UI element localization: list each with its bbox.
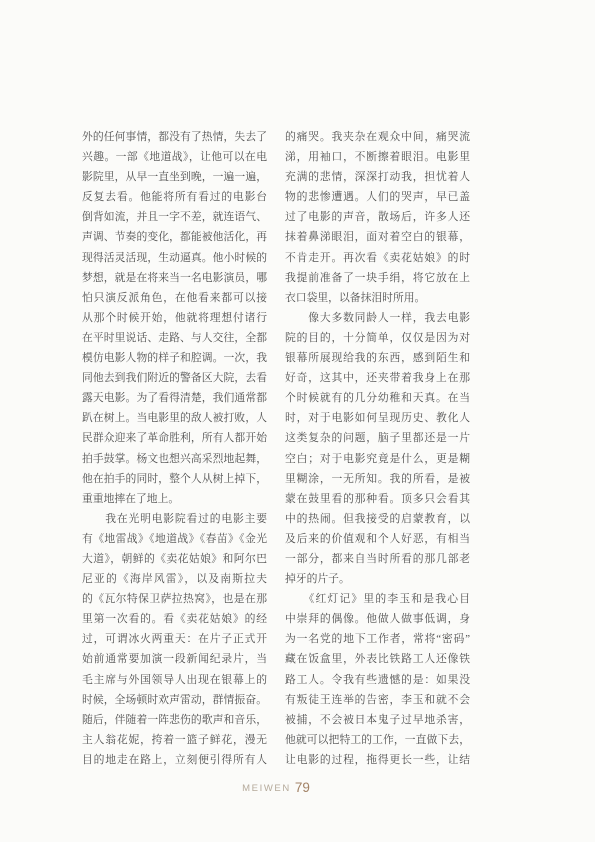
- text-line: 的《瓦尔特保卫萨拉热窝》，也是在那: [82, 589, 267, 609]
- text-line: 及后来的价值观和个人好恶，有相当: [285, 529, 470, 549]
- text-line: 充满的悲情，深深打动我，担忧着人: [285, 167, 470, 187]
- magazine-page: 外的任何事情，都没有了热情，失去了兴趣。一部《地道战》，让他可以在电影院里，从早…: [0, 0, 595, 842]
- text-line: 空白；对于电影究竟是什么，更是糊: [285, 449, 470, 469]
- text-line: 的痛哭。我夹杂在观众中间，痛哭流: [285, 127, 470, 147]
- text-line: 银幕所展现给我的东西，感到陌生和: [285, 348, 470, 368]
- text-line: 露天电影。为了看得清楚，我们通常都: [82, 388, 267, 408]
- text-line: 影院里，从早一直坐到晚，一遍一遍，: [82, 167, 267, 187]
- text-line: 兴趣。一部《地道战》，让他可以在电: [82, 147, 267, 167]
- text-line: 尼亚的《海岸风雷》，以及南斯拉夫: [82, 569, 267, 589]
- text-line: 为一名党的地下工作者，常将“密码”: [285, 629, 470, 649]
- text-line: 时候，全场顿时欢声雷动，群情振奋。: [82, 690, 267, 710]
- text-line: 从那个时候开始，他就将理想付诸行动，: [82, 308, 267, 328]
- text-line: 主人翁花妮，挎着一篮子鲜花，漫无: [82, 730, 267, 750]
- text-line: 涕，用袖口，不断擦着眼泪。电影里: [285, 147, 470, 167]
- text-line: 在平时里说话、走路、与人交往，全都: [82, 328, 267, 348]
- text-line: 随后，伴随着一阵悲伤的歌声和音乐，: [82, 710, 267, 730]
- text-line: 过，可谓冰火两重天：在片子正式开: [82, 629, 267, 649]
- text-line: 物的悲惨遭遇。人们的哭声，早已盖: [285, 187, 470, 207]
- text-line: 模仿电影人物的样子和腔调。一次，我: [82, 348, 267, 368]
- text-line: 被捕，不会被日本鬼子过早地杀害，: [285, 710, 470, 730]
- text-line: 不肯走开。再次看《卖花姑娘》的时候，: [285, 248, 470, 268]
- text-line: 怕只演反派角色，在他看来都可以接受。: [82, 288, 267, 308]
- text-line: 梦想，就是在将来当一名电影演员，哪: [82, 268, 267, 288]
- text-line: 重重地摔在了地上。: [82, 489, 267, 509]
- text-line: 过了电影的声音，散场后，许多人还: [285, 207, 470, 227]
- right-text-column: 的痛哭。我夹杂在观众中间，痛哭流涕，用袖口，不断擦着眼泪。电影里充满的悲情，深深…: [285, 127, 470, 770]
- text-line: 反复去看。他能将所有看过的电影台词，: [82, 187, 267, 207]
- text-line: 同他去到我们附近的警备区大院，去看: [82, 368, 267, 388]
- text-line: 这类复杂的问题，脑子里都还是一片: [285, 428, 470, 448]
- text-line: 像大多数同龄人一样，我去电影: [285, 308, 470, 328]
- text-line: 中的热闹。但我接受的启蒙教育，以: [285, 509, 470, 529]
- text-line: 外的任何事情，都没有了热情，失去了: [82, 127, 267, 147]
- text-line: 有《地雷战》《地道战》《春苗》《金光: [82, 529, 267, 549]
- text-line: 里糊涂，一无所知。我的所看，是被: [285, 469, 470, 489]
- text-line: 民群众迎来了革命胜利，所有人都开始: [82, 428, 267, 448]
- text-line: 毛主席与外国领导人出现在银幕上的: [82, 670, 267, 690]
- text-line: 蒙在鼓里看的那种看。顶多只会看其: [285, 489, 470, 509]
- text-line: 有叛徒王连举的告密，李玉和就不会: [285, 690, 470, 710]
- page-footer: MEIWEN79: [82, 779, 470, 797]
- text-line: 现得活灵活现，生动逼真。他小时候的: [82, 248, 267, 268]
- text-line: 他在拍手的同时，整个人从树上掉下，: [82, 469, 267, 489]
- text-line: 我在光明电影院看过的电影主要: [82, 509, 267, 529]
- journal-name: MEIWEN: [242, 783, 291, 794]
- text-line: 里第一次看的。看《卖花姑娘》的经: [82, 609, 267, 629]
- text-line: 倒背如流，并且一字不差，就连语气、: [82, 207, 267, 227]
- text-line: 衣口袋里，以备抹泪时所用。: [285, 288, 470, 308]
- text-line: 时，对于电影如何呈现历史、教化人心，: [285, 408, 470, 428]
- text-line: 我提前准备了一块手绢，将它放在上: [285, 268, 470, 288]
- text-line: 掉牙的片子。: [285, 569, 470, 589]
- text-line: 抹着鼻涕眼泪，面对着空白的银幕，: [285, 227, 470, 247]
- text-line: 声调、节奏的变化，都能被他活化，再: [82, 227, 267, 247]
- text-line: 好奇，这其中，还夹带着我身上在那: [285, 368, 470, 388]
- text-line: 中崇拜的偶像。他做人做事低调，身: [285, 609, 470, 629]
- text-line: 目的地走在路上，立刻便引得所有人: [82, 750, 267, 770]
- text-line: 始前通常要加演一段新闻纪录片，当: [82, 649, 267, 669]
- text-line: 路工人。令我有些遗憾的是：如果没: [285, 670, 470, 690]
- text-line: 拍手鼓掌。杨文也想兴高采烈地起舞，: [82, 449, 267, 469]
- left-text-column: 外的任何事情，都没有了热情，失去了兴趣。一部《地道战》，让他可以在电影院里，从早…: [82, 127, 267, 770]
- text-line: 《红灯记》里的李玉和是我心目: [285, 589, 470, 609]
- text-line: 大道》，朝鲜的《卖花姑娘》和阿尔巴: [82, 549, 267, 569]
- text-line: 让电影的过程，拖得更长一些，让结: [285, 750, 470, 770]
- text-line: 趴在树上。当电影里的敌人被打败，人: [82, 408, 267, 428]
- text-line: 个时候就有的几分幼稚和天真。在当: [285, 388, 470, 408]
- text-line: 藏在饭盒里，外表比铁路工人还像铁: [285, 649, 470, 669]
- text-line: 院的目的，十分简单，仅仅是因为对: [285, 328, 470, 348]
- text-line: 他就可以把特工的工作，一直做下去，: [285, 730, 470, 750]
- text-line: 一部分，都来自当时所看的那几部老: [285, 549, 470, 569]
- page-number: 79: [295, 780, 310, 795]
